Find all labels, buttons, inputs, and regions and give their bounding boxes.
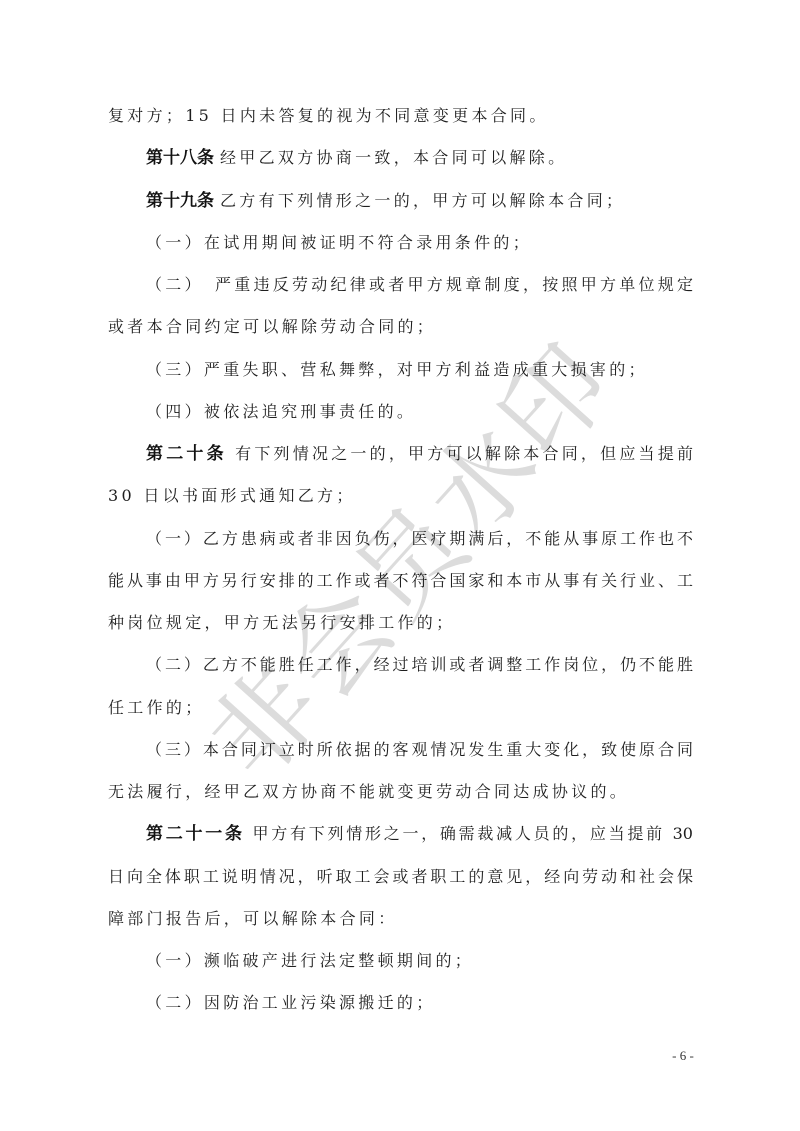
article-label: 第二十条	[146, 444, 227, 464]
text-line: 或者本合同约定可以解除劳动合同的；	[108, 306, 693, 348]
clause-item: （一）在试用期间被证明不符合录用条件的；	[108, 222, 693, 264]
article-19: 第十九条乙方有下列情形之一的，甲方可以解除本合同；	[108, 180, 693, 222]
clause-item: （四）被依法追究刑事责任的。	[108, 391, 693, 433]
article-text: 乙方有下列情形之一的，甲方可以解除本合同；	[220, 191, 625, 210]
article-label: 第十九条	[146, 191, 214, 211]
clause-item: （三）本合同订立时所依据的客观情况发生重大变化，致使原合同	[108, 729, 693, 771]
clause-item: （二） 严重违反劳动纪律或者甲方规章制度，按照甲方单位规定	[108, 264, 693, 306]
clause-item: （一）乙方患病或者非因负伤，医疗期满后，不能从事原工作也不	[108, 518, 693, 560]
text-line: 30 日以书面形式通知乙方；	[108, 475, 693, 517]
article-label: 第十八条	[146, 148, 214, 168]
text-line: 障部门报告后，可以解除本合同：	[108, 898, 693, 940]
document-page: 非会员水印 复对方；15 日内未答复的视为不同意变更本合同。 第十八条经甲乙双方…	[0, 0, 800, 1131]
article-label: 第二十一条	[146, 824, 245, 844]
article-text: 有下列情况之一的，甲方可以解除本合同，但应当提前	[235, 444, 693, 463]
clause-item: （一）濒临破产进行法定整顿期间的；	[108, 940, 693, 982]
text-line: 能从事由甲方另行安排的工作或者不符合国家和本市从事有关行业、工	[108, 560, 693, 602]
text-line: 种岗位规定，甲方无法另行安排工作的；	[108, 602, 693, 644]
page-number: - 6 -	[660, 1048, 706, 1064]
article-18: 第十八条经甲乙双方协商一致，本合同可以解除。	[108, 137, 693, 179]
article-text: 甲方有下列情形之一，确需裁减人员的，应当提前 30	[253, 824, 693, 843]
clause-item: （二）乙方不能胜任工作，经过培训或者调整工作岗位，仍不能胜	[108, 644, 693, 686]
contract-body: 复对方；15 日内未答复的视为不同意变更本合同。 第十八条经甲乙双方协商一致，本…	[108, 95, 693, 1025]
text-line: 日向全体职工说明情况，听取工会或者职工的意见，经向劳动和社会保	[108, 856, 693, 898]
text-line: 任工作的；	[108, 687, 693, 729]
article-text: 经甲乙双方协商一致，本合同可以解除。	[220, 148, 567, 167]
text-line: 无法履行，经甲乙双方协商不能就变更劳动合同达成协议的。	[108, 771, 693, 813]
clause-item: （二）因防治工业污染源搬迁的；	[108, 982, 693, 1024]
clause-item: （三）严重失职、营私舞弊，对甲方利益造成重大损害的；	[108, 349, 693, 391]
text-line: 复对方；15 日内未答复的视为不同意变更本合同。	[108, 95, 693, 137]
article-21: 第二十一条 甲方有下列情形之一，确需裁减人员的，应当提前 30	[108, 813, 693, 855]
article-20: 第二十条 有下列情况之一的，甲方可以解除本合同，但应当提前	[108, 433, 693, 475]
